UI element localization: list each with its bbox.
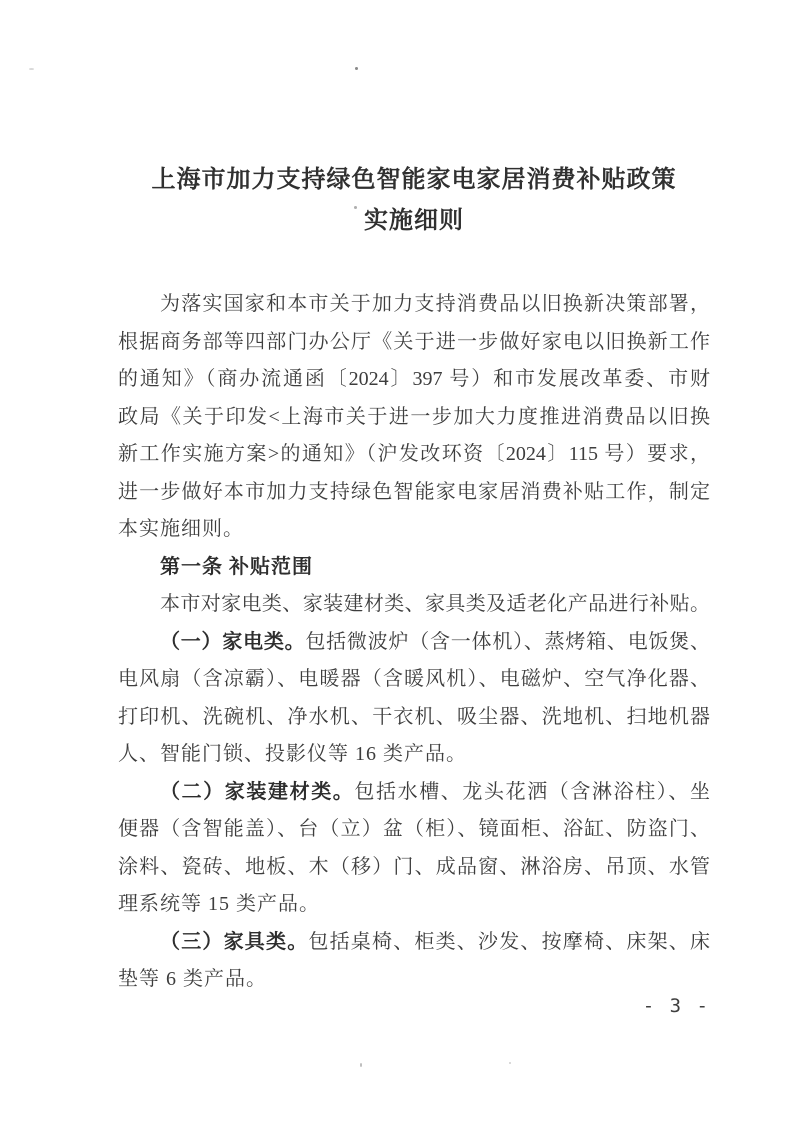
text-segment: 进一步做好本市加力支持绿色智能家电家居消费补贴工作，制定 <box>118 481 710 503</box>
text-line: 人、智能门锁、投影仪等 16 类产品。 <box>118 736 710 774</box>
bold-text-segment: （二）家装建材类。 <box>160 781 354 803</box>
scan-speck <box>355 67 358 70</box>
scan-speck <box>509 1062 511 1064</box>
text-segment: 新工作实施方案>的通知》（沪发改环资〔2024〕115 号）要求， <box>118 443 710 465</box>
text-segment: 包括微波炉（含一体机）、蒸烤箱、电饭煲、 <box>305 631 710 653</box>
text-line: 第一条 补贴范围 <box>118 549 710 587</box>
text-segment: 包括桌椅、柜类、沙发、按摩椅、床架、床 <box>308 931 710 953</box>
document-title: 上海市加力支持绿色智能家电家居消费补贴政策 实施细则 <box>118 160 710 242</box>
text-line: （一）家电类。包括微波炉（含一体机）、蒸烤箱、电饭煲、 <box>118 624 710 662</box>
text-line: 便器（含智能盖）、台（立）盆（柜）、镜面柜、浴缸、防盗门、 <box>118 811 710 849</box>
text-segment: 人、智能门锁、投影仪等 16 类产品。 <box>118 743 467 765</box>
text-segment: 本市对家电类、家装建材类、家具类及适老化产品进行补贴。 <box>160 593 710 615</box>
bold-text-segment: （一）家电类。 <box>160 631 305 653</box>
text-segment: 为落实国家和本市关于加力支持消费品以旧换新决策部署， <box>160 293 710 315</box>
bold-text-segment: （三）家具类。 <box>160 931 308 953</box>
text-line: 的通知》（商办流通函〔2024〕397 号）和市发展改革委、市财 <box>118 361 710 399</box>
text-line: 进一步做好本市加力支持绿色智能家电家居消费补贴工作，制定 <box>118 474 710 512</box>
text-line: 垫等 6 类产品。 <box>118 961 710 999</box>
text-line: 打印机、洗碗机、净水机、干衣机、吸尘器、洗地机、扫地机器 <box>118 699 710 737</box>
text-segment: 理系统等 15 类产品。 <box>118 893 320 915</box>
text-segment: 本实施细则。 <box>118 518 244 540</box>
text-line: 本实施细则。 <box>118 511 710 549</box>
text-segment: 便器（含智能盖）、台（立）盆（柜）、镜面柜、浴缸、防盗门、 <box>118 818 710 840</box>
text-line: 本市对家电类、家装建材类、家具类及适老化产品进行补贴。 <box>118 586 710 624</box>
text-segment: 电风扇（含凉霸）、电暖器（含暖风机）、电磁炉、空气净化器、 <box>118 668 710 690</box>
scan-speck <box>354 206 357 209</box>
text-line: （二）家装建材类。包括水槽、龙头花洒（含淋浴柱）、坐 <box>118 774 710 812</box>
text-line: 电风扇（含凉霸）、电暖器（含暖风机）、电磁炉、空气净化器、 <box>118 661 710 699</box>
text-line: 政局《关于印发<上海市关于进一步加大力度推进消费品以旧换 <box>118 399 710 437</box>
scan-speck <box>29 68 34 70</box>
text-segment: 垫等 6 类产品。 <box>118 968 267 990</box>
text-line: 理系统等 15 类产品。 <box>118 886 710 924</box>
text-line: 涂料、瓷砖、地板、木（移）门、成品窗、淋浴房、吊顶、水管 <box>118 849 710 887</box>
text-line: 根据商务部等四部门办公厅《关于进一步做好家电以旧换新工作 <box>118 324 710 362</box>
text-segment: 的通知》（商办流通函〔2024〕397 号）和市发展改革委、市财 <box>118 368 710 390</box>
title-line-1: 上海市加力支持绿色智能家电家居消费补贴政策 <box>118 160 710 201</box>
document-body: 为落实国家和本市关于加力支持消费品以旧换新决策部署，根据商务部等四部门办公厅《关… <box>118 286 710 999</box>
text-segment: 政局《关于印发<上海市关于进一步加大力度推进消费品以旧换 <box>118 406 710 428</box>
scan-speck <box>360 1063 362 1067</box>
text-line: （三）家具类。包括桌椅、柜类、沙发、按摩椅、床架、床 <box>118 924 710 962</box>
text-segment: 根据商务部等四部门办公厅《关于进一步做好家电以旧换新工作 <box>118 331 710 353</box>
text-segment: 包括水槽、龙头花洒（含淋浴柱）、坐 <box>354 781 710 803</box>
bold-text-segment: 第一条 补贴范围 <box>160 556 313 578</box>
page-number: - 3 - <box>118 995 710 1017</box>
document-page: 上海市加力支持绿色智能家电家居消费补贴政策 实施细则 为落实国家和本市关于加力支… <box>0 0 794 1122</box>
title-line-2: 实施细则 <box>118 201 710 242</box>
text-segment: 打印机、洗碗机、净水机、干衣机、吸尘器、洗地机、扫地机器 <box>118 706 710 728</box>
text-segment: 涂料、瓷砖、地板、木（移）门、成品窗、淋浴房、吊顶、水管 <box>118 856 710 878</box>
text-line: 为落实国家和本市关于加力支持消费品以旧换新决策部署， <box>118 286 710 324</box>
text-line: 新工作实施方案>的通知》（沪发改环资〔2024〕115 号）要求， <box>118 436 710 474</box>
